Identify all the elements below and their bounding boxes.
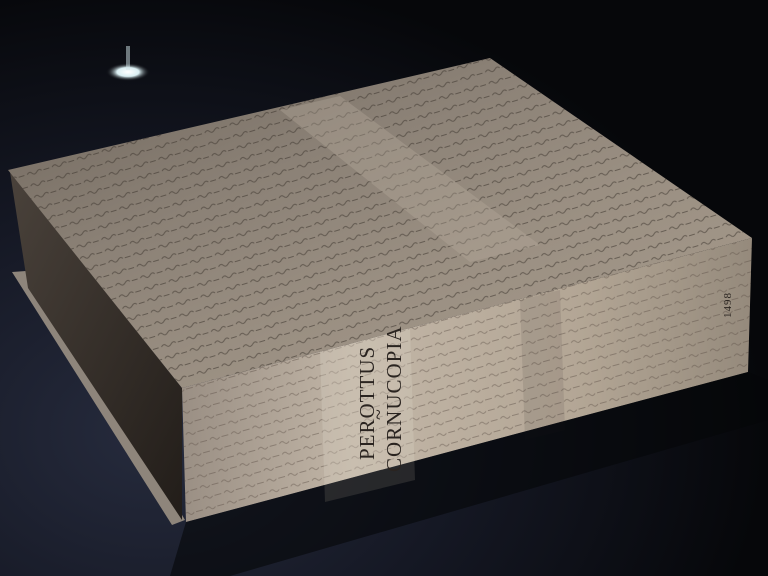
photo-scene: PEROTTUS ~ CORNUCOPIA 1498 — [0, 0, 768, 576]
spine-title-author: PEROTTUS — [355, 346, 380, 460]
spine-year-label: 1498 — [722, 292, 734, 318]
spine-title-work: CORNUCOPIA — [382, 325, 407, 472]
book-illustration — [0, 0, 768, 576]
